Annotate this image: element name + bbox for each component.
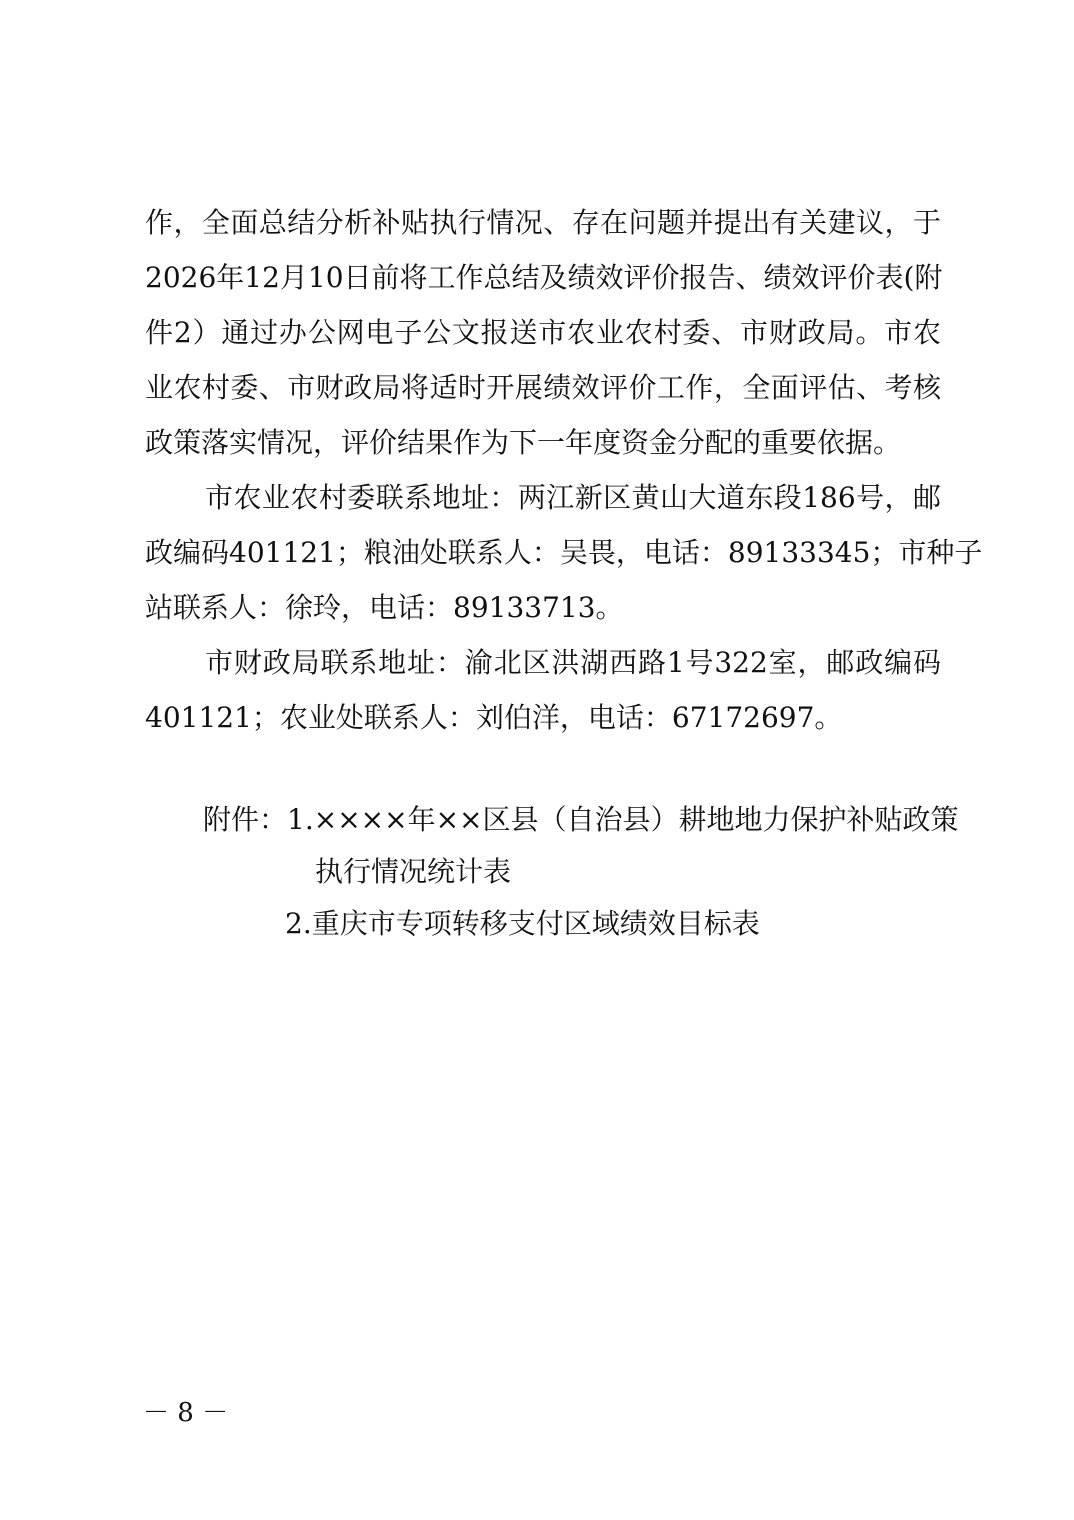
spacer (145, 750, 945, 798)
attachment-item-1: 附件：1.××××年××区县（自治县）耕地地力保护补贴政策 (145, 798, 945, 850)
paragraph-finance-contact: 市财政局联系地址：渝北区洪湖西路1号322室，邮政编码 401121；农业处联系… (145, 640, 945, 750)
attachment-title: 1.××××年××区县（自治县）耕地地力保护补贴政策 (287, 803, 958, 836)
text-line: 2026年12月10日前将工作总结及绩效评价报告、绩效评价表(附 (145, 255, 941, 310)
paragraph-agriculture-contact: 市农业农村委联系地址：两江新区黄山大道东段186号，邮 政编码401121；粮油… (145, 475, 945, 640)
text-line: 政策落实情况，评价结果作为下一年度资金分配的重要依据。 (145, 420, 941, 475)
paragraph-summary-submission: 作，全面总结分析补贴执行情况、存在问题并提出有关建议，于 2026年12月10日… (145, 200, 945, 475)
text-line: 政编码401121；粮油处联系人：吴畏，电话：89133345；市种子 (145, 530, 941, 585)
text-line: 作，全面总结分析补贴执行情况、存在问题并提出有关建议，于 (145, 200, 941, 255)
document-body: 作，全面总结分析补贴执行情况、存在问题并提出有关建议，于 2026年12月10日… (145, 200, 945, 954)
attachment-item-2: 2.重庆市专项转移支付区域绩效目标表 (145, 902, 945, 954)
document-page: 作，全面总结分析补贴执行情况、存在问题并提出有关建议，于 2026年12月10日… (0, 0, 1074, 1520)
attachments-list: 附件：1.××××年××区县（自治县）耕地地力保护补贴政策 执行情况统计表 2.… (145, 798, 945, 954)
text-line: 市农业农村委联系地址：两江新区黄山大道东段186号，邮 (145, 475, 941, 530)
text-line: 件2）通过办公网电子公文报送市农业农村委、市财政局。市农 (145, 310, 941, 365)
text-line: 401121；农业处联系人：刘伯洋，电话：67172697。 (145, 695, 941, 750)
text-line: 市财政局联系地址：渝北区洪湖西路1号322室，邮政编码 (145, 640, 941, 695)
text-line: 站联系人：徐玲，电话：89133713。 (145, 585, 941, 640)
text-line: 业农村委、市财政局将适时开展绩效评价工作，全面评估、考核 (145, 365, 941, 420)
page-number: － 8 － (143, 1398, 228, 1428)
attachment-item-1-continued: 执行情况统计表 (145, 850, 945, 902)
attachments-label: 附件： (203, 803, 287, 836)
